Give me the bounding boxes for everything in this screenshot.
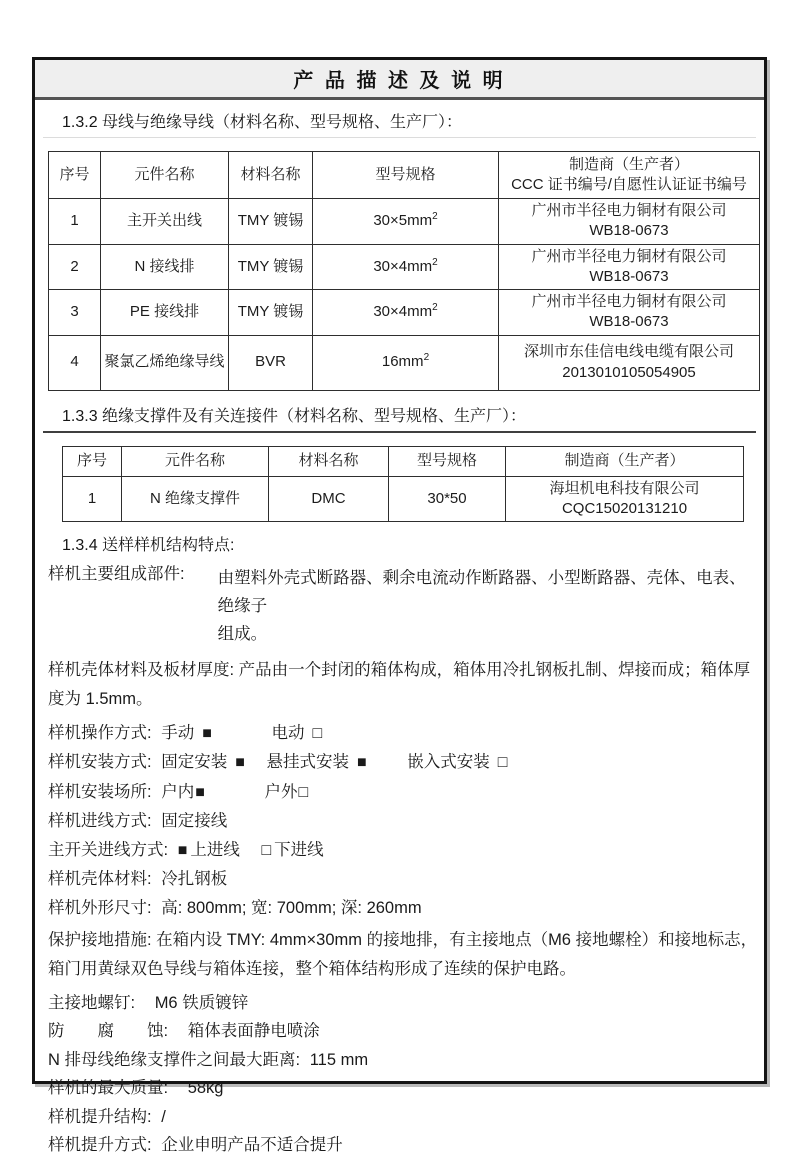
cell-no: 4: [49, 335, 101, 390]
cell-no: 1: [49, 199, 101, 245]
cell-maker: 广州市半径电力铜材有限公司WB18-0673: [499, 244, 760, 290]
col-header-material: 材料名称: [229, 152, 313, 199]
cell-no: 2: [49, 244, 101, 290]
cell-name: N 接线排: [101, 244, 229, 290]
spec-exponent: 2: [424, 352, 430, 363]
spec-line-main-switch-inlet: 主开关进线方式: ■上进线 □下进线: [48, 840, 756, 861]
section-heading-133: 1.3.3 绝缘支撑件及有关连接件（材料名称、型号规格、生产厂）：: [43, 403, 756, 433]
spec-value: 固定接线: [161, 812, 227, 830]
table-row: 3 PE 接线排 TMY 镀锡 30×4mm2 广州市半径电力铜材有限公司WB1…: [49, 290, 760, 336]
spec-label: N 排母线绝缘支撑件之间最大距离:: [48, 1051, 300, 1069]
spec-value: 由塑料外壳式断路器、剩余电流动作断路器、小型断路器、壳体、电表、绝缘子 组成。: [218, 564, 756, 648]
cell-spec: 30×5mm2: [313, 199, 499, 245]
checkbox-checked-icon: ■: [195, 784, 205, 801]
col-header-no: 序号: [49, 152, 101, 199]
document-page: 产 品 描 述 及 说 明 1.3.2 母线与绝缘导线（材料名称、型号规格、生产…: [32, 57, 767, 1084]
spec-value: /: [161, 1108, 166, 1126]
document-content: 1.3.2 母线与绝缘导线（材料名称、型号规格、生产厂）： 序号 元件名称 材料…: [35, 100, 764, 1155]
spec-label: 样机提升方式:: [48, 1136, 152, 1154]
spec-label: 样机的最大质量:: [48, 1079, 168, 1097]
spec-value: 企业申明产品不适合提升: [161, 1136, 343, 1154]
maker-header-line2: CCC 证书编号/自愿性认证证书编号: [502, 175, 756, 195]
option-indoor: 户内■: [161, 782, 205, 803]
maker-header-line1: 制造商（生产者）: [502, 155, 756, 175]
section-134-text: 1.3.4 送样样机结构特点:: [62, 537, 234, 554]
cell-material: TMY 镀锡: [229, 290, 313, 336]
cell-maker: 海坦机电科技有限公司CQC15020131210: [506, 476, 744, 522]
busbar-wire-table: 序号 元件名称 材料名称 型号规格 制造商（生产者） CCC 证书编号/自愿性认…: [48, 151, 760, 391]
col-header-maker: 制造商（生产者） CCC 证书编号/自愿性认证证书编号: [499, 152, 760, 199]
document-title-bar: 产 品 描 述 及 说 明: [35, 60, 764, 100]
insulation-support-table: 序号 元件名称 材料名称 型号规格 制造商（生产者） 1 N 绝缘支撑件 DMC…: [62, 446, 744, 523]
cell-no: 1: [63, 476, 122, 522]
spec-line-install-mode: 样机安装方式: 固定安装■ 悬挂式安装■ 嵌入式安装□: [48, 752, 756, 773]
col-header-material: 材料名称: [269, 446, 389, 476]
spec-line-ground-screw: 主接地螺钉: M6 铁质镀锌: [48, 993, 756, 1013]
spec-line-inlet-mode: 样机进线方式: 固定接线: [48, 811, 756, 831]
option-manual: 手动■: [161, 723, 212, 744]
spec-value: 高: 800mm; 宽: 700mm; 深: 260mm: [161, 899, 421, 917]
spec-value: M6 铁质镀锌: [155, 994, 249, 1012]
table-row: 1 主开关出线 TMY 镀锡 30×5mm2 广州市半径电力铜材有限公司WB18…: [49, 199, 760, 245]
cell-material: DMC: [269, 476, 389, 522]
spec-exponent: 2: [432, 257, 438, 268]
spec-label: 主开关进线方式:: [48, 841, 168, 859]
table-header-row: 序号 元件名称 材料名称 型号规格 制造商（生产者） CCC 证书编号/自愿性认…: [49, 152, 760, 199]
spec-value: 箱体表面静电喷涂: [188, 1022, 320, 1040]
spec-exponent: 2: [432, 302, 438, 313]
spec-value: 58kg: [188, 1079, 224, 1097]
cell-material: TMY 镀锡: [229, 244, 313, 290]
cell-material: TMY 镀锡: [229, 199, 313, 245]
table-row: 1 N 绝缘支撑件 DMC 30*50 海坦机电科技有限公司CQC1502013…: [63, 476, 744, 522]
spec-line-grounding: 保护接地措施: 在箱内设 TMY: 4mm×30mm 的接地排，有主接地点（M6…: [48, 926, 762, 984]
page-title: 产 品 描 述 及 说 明: [293, 64, 505, 93]
spec-line-lift-structure: 样机提升结构: /: [48, 1107, 756, 1127]
option-outdoor: 户外□: [264, 782, 308, 803]
spec-label: 样机提升结构:: [48, 1108, 152, 1126]
spec-label: 样机安装方式:: [48, 753, 152, 771]
option-fixed-install: 固定安装■: [161, 752, 245, 773]
cell-maker: 广州市半径电力铜材有限公司WB18-0673: [499, 199, 760, 245]
option-bottom-inlet: □下进线: [261, 840, 323, 861]
option-electric: 电动□: [271, 723, 322, 744]
cell-name: N 绝缘支撑件: [122, 476, 269, 522]
spec-label: 样机主要组成部件:: [48, 564, 185, 648]
table-row: 2 N 接线排 TMY 镀锡 30×4mm2 广州市半径电力铜材有限公司WB18…: [49, 244, 760, 290]
checkbox-checked-icon: ■: [235, 754, 245, 771]
spec-line-max-weight: 样机的最大质量: 58kg: [48, 1078, 756, 1098]
spec-line-install-place: 样机安装场所: 户内■ 户外□: [48, 782, 756, 803]
cell-name: PE 接线排: [101, 290, 229, 336]
spec-label: 防 腐 蚀:: [48, 1022, 168, 1040]
spec-list: 样机主要组成部件: 由塑料外壳式断路器、剩余电流动作断路器、小型断路器、壳体、电…: [48, 564, 756, 1155]
cell-spec: 30*50: [389, 476, 506, 522]
cell-spec: 16mm2: [313, 335, 499, 390]
col-header-maker: 制造商（生产者）: [506, 446, 744, 476]
checkbox-unchecked-icon: □: [312, 725, 322, 742]
checkbox-unchecked-icon: □: [498, 754, 508, 771]
table-header-row: 序号 元件名称 材料名称 型号规格 制造商（生产者）: [63, 446, 744, 476]
spec-line-lift-mode: 样机提升方式: 企业申明产品不适合提升: [48, 1135, 756, 1155]
checkbox-checked-icon: ■: [202, 725, 212, 742]
cell-name: 主开关出线: [101, 199, 229, 245]
section-heading-132: 1.3.2 母线与绝缘导线（材料名称、型号规格、生产厂）：: [43, 109, 756, 138]
col-header-name: 元件名称: [101, 152, 229, 199]
spec-value: 115 mm: [310, 1051, 368, 1069]
cell-name: 聚氯乙烯绝缘导线: [101, 335, 229, 390]
col-header-name: 元件名称: [122, 446, 269, 476]
spec-value: 冷扎钢板: [161, 870, 227, 888]
section-heading-134: 1.3.4 送样样机结构特点:: [43, 532, 756, 555]
section-132-text: 1.3.2 母线与绝缘导线（材料名称、型号规格、生产厂）：: [62, 114, 462, 131]
spec-exponent: 2: [432, 211, 438, 222]
spec-line-anticorrosion: 防 腐 蚀: 箱体表面静电喷涂: [48, 1021, 756, 1041]
checkbox-unchecked-icon: □: [261, 842, 271, 859]
checkbox-unchecked-icon: □: [298, 784, 308, 801]
spec-line-n-bus-distance: N 排母线绝缘支撑件之间最大距离: 115 mm: [48, 1050, 756, 1070]
cell-no: 3: [49, 290, 101, 336]
spec-line-operation-mode: 样机操作方式: 手动■ 电动□: [48, 723, 756, 744]
section-133-text: 1.3.3 绝缘支撑件及有关连接件（材料名称、型号规格、生产厂）：: [62, 408, 526, 425]
spec-label: 样机壳体材料:: [48, 870, 152, 888]
spec-label: 样机进线方式:: [48, 812, 152, 830]
cell-spec: 30×4mm2: [313, 290, 499, 336]
cell-maker: 广州市半径电力铜材有限公司WB18-0673: [499, 290, 760, 336]
spec-label: 样机外形尺寸:: [48, 899, 152, 917]
col-header-spec: 型号规格: [389, 446, 506, 476]
spec-line-shell-thickness: 样机壳体材料及板材厚度: 产品由一个封闭的箱体构成，箱体用冷扎钢板扎制、焊接而成…: [48, 656, 762, 714]
checkbox-checked-icon: ■: [178, 842, 188, 859]
option-top-inlet: ■上进线: [178, 840, 240, 861]
col-header-spec: 型号规格: [313, 152, 499, 199]
cell-spec: 30×4mm2: [313, 244, 499, 290]
spec-line-dimensions: 样机外形尺寸: 高: 800mm; 宽: 700mm; 深: 260mm: [48, 898, 756, 918]
cell-material: BVR: [229, 335, 313, 390]
spec-label: 主接地螺钉:: [48, 994, 135, 1012]
spec-line-components: 样机主要组成部件: 由塑料外壳式断路器、剩余电流动作断路器、小型断路器、壳体、电…: [48, 564, 756, 648]
checkbox-checked-icon: ■: [357, 754, 367, 771]
spec-label: 样机操作方式:: [48, 724, 152, 742]
option-embedded-install: 嵌入式安装□: [407, 752, 507, 773]
spec-label: 样机安装场所:: [48, 783, 152, 801]
spec-line-shell-material: 样机壳体材料: 冷扎钢板: [48, 869, 756, 889]
option-hanging-install: 悬挂式安装■: [266, 752, 366, 773]
col-header-no: 序号: [63, 446, 122, 476]
table-row: 4 聚氯乙烯绝缘导线 BVR 16mm2 深圳市东佳信电线电缆有限公司20130…: [49, 335, 760, 390]
cell-maker: 深圳市东佳信电线电缆有限公司2013010105054905: [499, 335, 760, 390]
